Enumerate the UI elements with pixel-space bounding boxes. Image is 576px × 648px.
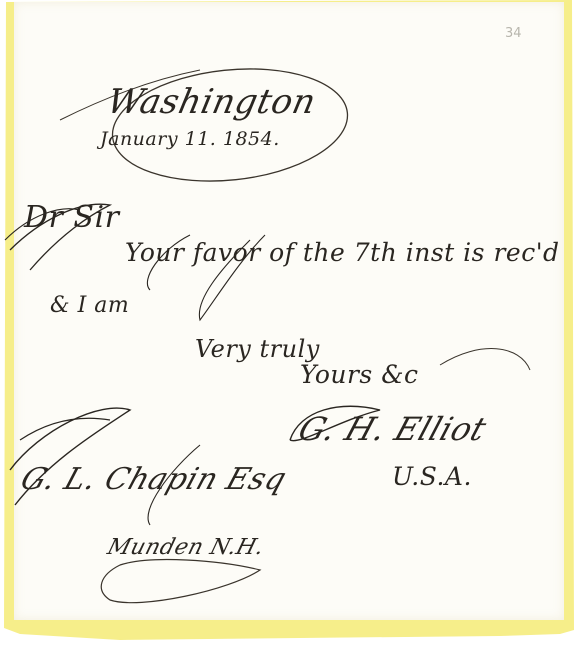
- heading-place: Washington: [104, 82, 320, 122]
- signature-title: U.S.A.: [392, 462, 472, 491]
- signature-name: G. H. Elliot: [294, 410, 492, 448]
- page-number-pencil: 34: [505, 26, 522, 41]
- addressee-name: G. L. Chapin Esq: [16, 462, 291, 497]
- closing-line-1: Very truly: [195, 335, 320, 363]
- heading-date: January 11. 1854.: [100, 128, 280, 150]
- addressee-location: Munden N.H.: [105, 535, 267, 560]
- salutation: Dr Sir: [24, 200, 119, 235]
- closing-line-2: Yours &c: [300, 360, 418, 389]
- body-line-1: Your favor of the 7th inst is rec'd: [125, 238, 560, 267]
- body-line-2: & I am: [50, 293, 129, 318]
